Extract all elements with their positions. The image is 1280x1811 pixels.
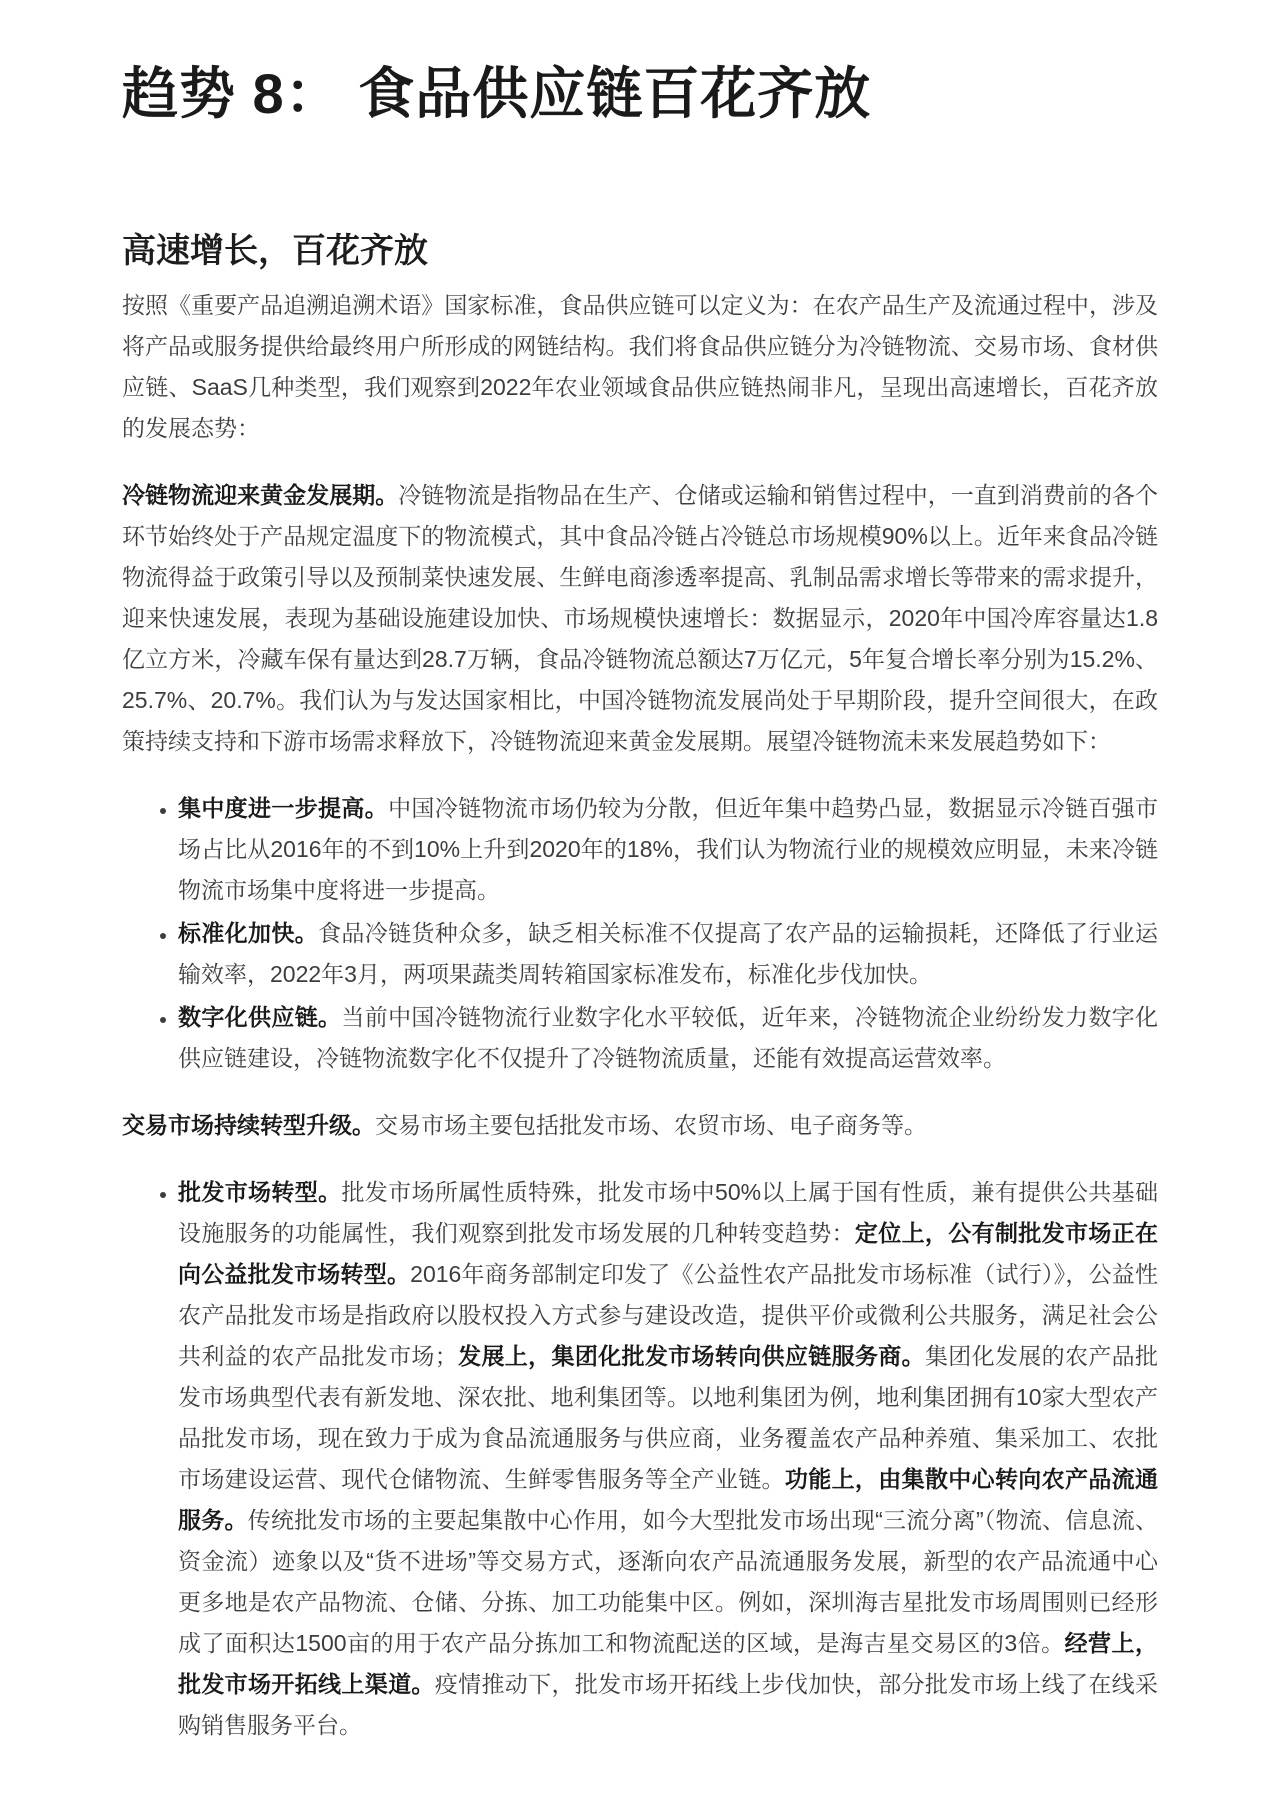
list-item: 数字化供应链。当前中国冷链物流行业数字化水平较低，近年来，冷链物流企业纷纷发力数… — [178, 997, 1158, 1079]
run-text: 传统批发市场的主要起集散中心作用，如今大型批发市场出现“三流分离”（物流、信息流… — [178, 1507, 1158, 1656]
cold-chain-body: 冷链物流是指物品在生产、仓储或运输和销售过程中，一直到消费前的各个环节始终处于产… — [122, 482, 1158, 754]
run-bold: 发展上，集团化批发市场转向供应链服务商。 — [458, 1343, 925, 1369]
trend-lead: 标准化加快。 — [178, 920, 318, 946]
trading-market-lead: 交易市场持续转型升级。 — [122, 1112, 375, 1138]
intro-text: 按照《重要产品追溯追溯术语》国家标准，食品供应链可以定义为：在农产品生产及流通过… — [122, 292, 1158, 441]
cold-chain-trend-list: 集中度进一步提高。中国冷链物流市场仍较为分散，但近年集中趋势凸显，数据显示冷链百… — [122, 788, 1158, 1079]
list-item: 集中度进一步提高。中国冷链物流市场仍较为分散，但近年集中趋势凸显，数据显示冷链百… — [178, 788, 1158, 911]
trend-body: 食品冷链货种众多，缺乏相关标准不仅提高了农产品的运输损耗，还降低了行业运输效率，… — [178, 920, 1158, 987]
trend-lead: 数字化供应链。 — [178, 1004, 341, 1030]
run-bold: 批发市场转型。 — [178, 1179, 341, 1205]
list-item: 标准化加快。食品冷链货种众多，缺乏相关标准不仅提高了农产品的运输损耗，还降低了行… — [178, 913, 1158, 995]
list-item: 批发市场转型。批发市场所属性质特殊，批发市场中50%以上属于国有性质，兼有提供公… — [178, 1172, 1158, 1746]
section-heading: 高速增长，百花齐放 — [122, 226, 1158, 277]
trend-lead: 集中度进一步提高。 — [178, 795, 388, 821]
document-page: 趋势 8： 食品供应链百花齐放 高速增长，百花齐放 按照《重要产品追溯追溯术语》… — [0, 0, 1280, 1811]
document-content: 趋势 8： 食品供应链百花齐放 高速增长，百花齐放 按照《重要产品追溯追溯术语》… — [0, 0, 1280, 1746]
cold-chain-paragraph: 冷链物流迎来黄金发展期。冷链物流是指物品在生产、仓储或运输和销售过程中，一直到消… — [122, 475, 1158, 762]
market-trend-list: 批发市场转型。批发市场所属性质特殊，批发市场中50%以上属于国有性质，兼有提供公… — [122, 1172, 1158, 1746]
trading-market-paragraph: 交易市场持续转型升级。交易市场主要包括批发市场、农贸市场、电子商务等。 — [122, 1105, 1158, 1146]
cold-chain-lead: 冷链物流迎来黄金发展期。 — [122, 482, 398, 508]
page-title: 趋势 8： 食品供应链百花齐放 — [122, 52, 1158, 136]
trading-market-body: 交易市场主要包括批发市场、农贸市场、电子商务等。 — [375, 1112, 927, 1138]
intro-paragraph: 按照《重要产品追溯追溯术语》国家标准，食品供应链可以定义为：在农产品生产及流通过… — [122, 285, 1158, 449]
